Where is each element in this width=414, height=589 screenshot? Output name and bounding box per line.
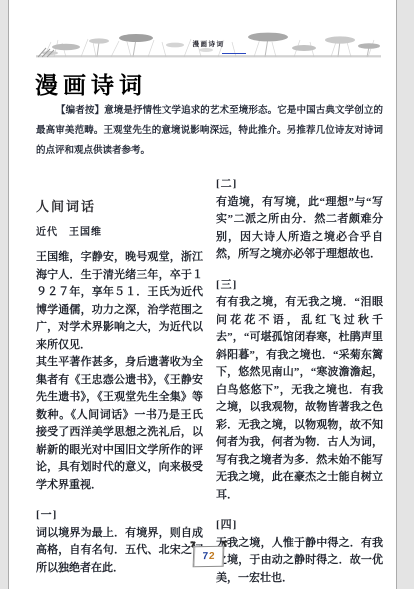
left-column: 人间词话 近代 王国维 王国维，字静安，晚号观堂，浙江海宁人．生于清光绪三年，卒… bbox=[36, 196, 203, 577]
entry-one: [一] 词以境界为最上．有境界，则自成高格，自有名句．五代、北宋之词所以独绝者在… bbox=[36, 507, 203, 577]
lotus-ink-art: 漫画诗词 bbox=[36, 30, 381, 58]
entry-two-text: 有造境，有写境，此“理想”与“写实”二派之所由分．然二者颇难分别，因大诗人所造之… bbox=[216, 194, 383, 264]
document-page: 漫画诗词 漫画诗词 【编者按】意境是抒情性文学追求的艺术至境形态。它是中国古典文… bbox=[8, 0, 397, 589]
page-number-digit-2: 2 bbox=[209, 551, 215, 561]
corner-pin-icon bbox=[221, 541, 227, 548]
entry-three: [三] 有有我之境，有无我之境．“泪眼问花花不语，乱红飞过秋千去”，“可堪孤馆闭… bbox=[216, 277, 383, 505]
page-number-frame: 7 2 bbox=[193, 546, 225, 568]
entry-four-label: [四] bbox=[216, 517, 383, 535]
biography-paragraph-2: 其生平著作甚多，身后遗著收为全集者有《王忠悫公遗书》，《王静安先生遗书》，《王观… bbox=[36, 354, 203, 494]
section-title: 人间词话 bbox=[36, 196, 203, 215]
header-title-underline bbox=[222, 53, 246, 54]
running-header-title: 漫画诗词 bbox=[36, 39, 381, 48]
entry-two-label: [二] bbox=[216, 176, 383, 194]
entry-one-label: [一] bbox=[36, 507, 203, 525]
entry-one-text: 词以境界为最上．有境界，则自成高格，自有名句．五代、北宋之词所以独绝者在此． bbox=[36, 525, 203, 578]
biography-paragraph-1: 王国维，字静安，晚号观堂，浙江海宁人．生于清光绪三年，卒于１９２７年，享年５１．… bbox=[36, 249, 203, 354]
author-byline: 近代 王国维 bbox=[36, 223, 203, 238]
entry-four-text: 无我之境，人惟于静中得之．有我之境，于由动之静时得之．故一优美，一宏壮也． bbox=[216, 535, 383, 588]
corner-pin-icon bbox=[190, 541, 196, 548]
entry-three-label: [三] bbox=[216, 277, 383, 295]
page-number-digit-7: 7 bbox=[202, 552, 208, 562]
right-column: [二] 有造境，有写境，此“理想”与“写实”二派之所由分．然二者颇难分别，因大诗… bbox=[216, 176, 383, 587]
editor-note: 【编者按】意境是抒情性文学追求的艺术至境形态。它是中国古典文学创立的最高审美范畴… bbox=[36, 101, 383, 161]
entry-four: [四] 无我之境，人惟于静中得之．有我之境，于由动之静时得之．故一优美，一宏壮也… bbox=[216, 517, 383, 587]
entry-three-text: 有有我之境，有无我之境．“泪眼问花花不语，乱红飞过秋千去”，“可堪孤馆闭春寒，杜… bbox=[216, 294, 383, 504]
entry-two: [二] 有造境，有写境，此“理想”与“写实”二派之所由分．然二者颇难分别，因大诗… bbox=[216, 176, 383, 264]
page-title: 漫画诗词 bbox=[35, 67, 147, 100]
